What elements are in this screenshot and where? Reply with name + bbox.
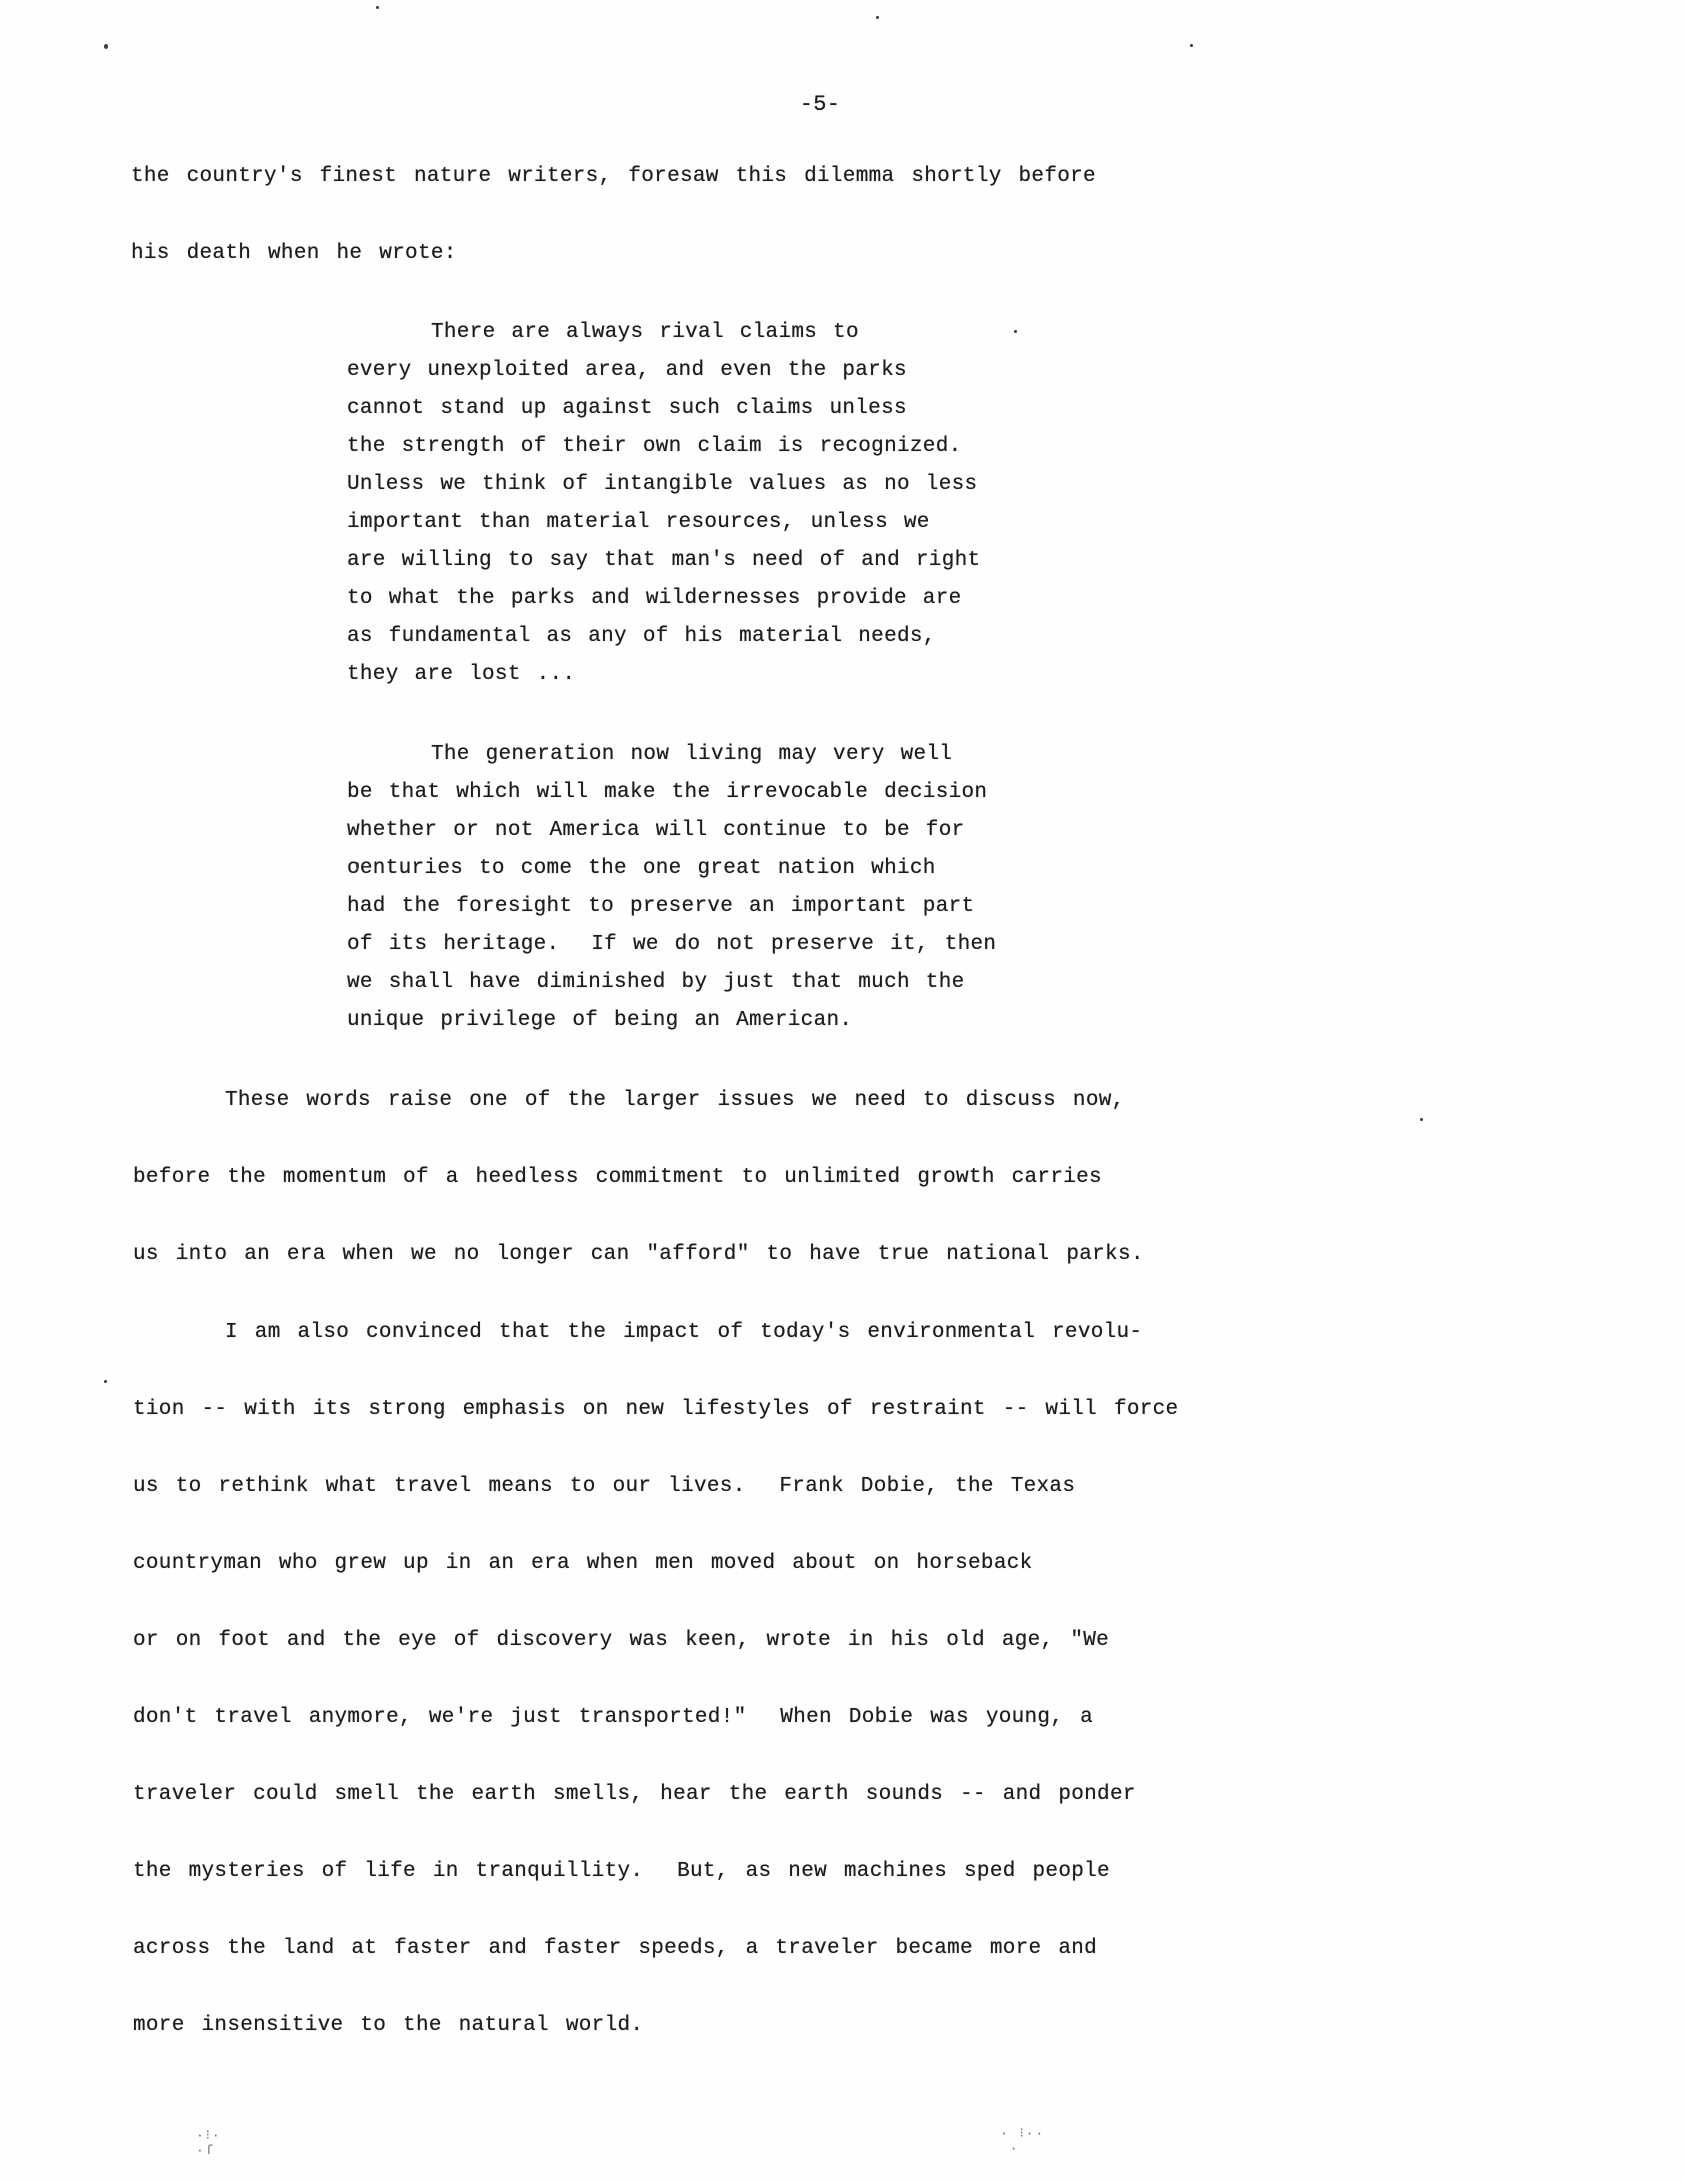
scan-speck xyxy=(1014,330,1017,333)
quote-line: The generation now living may very well xyxy=(347,742,996,768)
quote-line: they are lost ... xyxy=(347,662,980,688)
quote-line: whether or not America will continue to … xyxy=(347,818,996,844)
quote-line: we shall have diminished by just that mu… xyxy=(347,970,996,996)
quote-line: centuries to come the one great nation w… xyxy=(347,856,996,882)
scan-speck xyxy=(1190,44,1193,47)
quote-line: cannot stand up against such claims unle… xyxy=(347,396,980,422)
scan-speck xyxy=(104,44,108,49)
document-page: -5- the country's finest nature writers,… xyxy=(0,0,1684,2180)
page-number: -5- xyxy=(0,92,1640,117)
text-line: tion -- with its strong emphasis on new … xyxy=(133,1397,1178,1423)
quote-line: as fundamental as any of his material ne… xyxy=(347,624,980,650)
block-quote-2: The generation now living may very well … xyxy=(347,742,996,1046)
quote-line: Unless we think of intangible values as … xyxy=(347,472,980,498)
quote-line: the strength of their own claim is recog… xyxy=(347,434,980,460)
quote-line: of its heritage. If we do not preserve i… xyxy=(347,932,996,958)
block-quote-1: There are always rival claims to every u… xyxy=(347,320,980,700)
text-line: traveler could smell the earth smells, h… xyxy=(133,1782,1178,1808)
text-line: countryman who grew up in an era when me… xyxy=(133,1551,1178,1577)
scan-speck xyxy=(376,6,379,9)
quote-line: every unexploited area, and even the par… xyxy=(347,358,980,384)
text-line: These words raise one of the larger issu… xyxy=(133,1088,1144,1114)
quote-line: are willing to say that man's need of an… xyxy=(347,548,980,574)
scan-smudge: ·⁝··ſ xyxy=(196,2128,222,2158)
text-line: before the momentum of a heedless commit… xyxy=(133,1165,1144,1191)
body-paragraph-1: These words raise one of the larger issu… xyxy=(133,1088,1144,1319)
scan-smudge: · ⁝·· · xyxy=(1000,2126,1045,2156)
quote-line: important than material resources, unles… xyxy=(347,510,980,536)
text-line: don't travel anymore, we're just transpo… xyxy=(133,1705,1178,1731)
text-line: us to rethink what travel means to our l… xyxy=(133,1474,1178,1500)
text-line: his death when he wrote: xyxy=(131,241,1096,267)
scan-speck xyxy=(876,16,879,19)
intro-paragraph: the country's finest nature writers, for… xyxy=(131,164,1096,318)
text-line: across the land at faster and faster spe… xyxy=(133,1936,1178,1962)
scan-speck xyxy=(356,862,359,870)
quote-line: to what the parks and wildernesses provi… xyxy=(347,586,980,612)
body-paragraph-2: I am also convinced that the impact of t… xyxy=(133,1320,1178,2090)
scan-speck xyxy=(1420,1118,1423,1121)
scan-speck xyxy=(104,1380,107,1383)
text-line: the country's finest nature writers, for… xyxy=(131,164,1096,190)
quote-line: be that which will make the irrevocable … xyxy=(347,780,996,806)
quote-line: unique privilege of being an American. xyxy=(347,1008,996,1034)
text-line: I am also convinced that the impact of t… xyxy=(133,1320,1178,1346)
quote-line: had the foresight to preserve an importa… xyxy=(347,894,996,920)
text-line: more insensitive to the natural world. xyxy=(133,2013,1178,2039)
text-line: the mysteries of life in tranquillity. B… xyxy=(133,1859,1178,1885)
text-line: us into an era when we no longer can "af… xyxy=(133,1242,1144,1268)
text-line: or on foot and the eye of discovery was … xyxy=(133,1628,1178,1654)
quote-line: There are always rival claims to xyxy=(347,320,980,346)
